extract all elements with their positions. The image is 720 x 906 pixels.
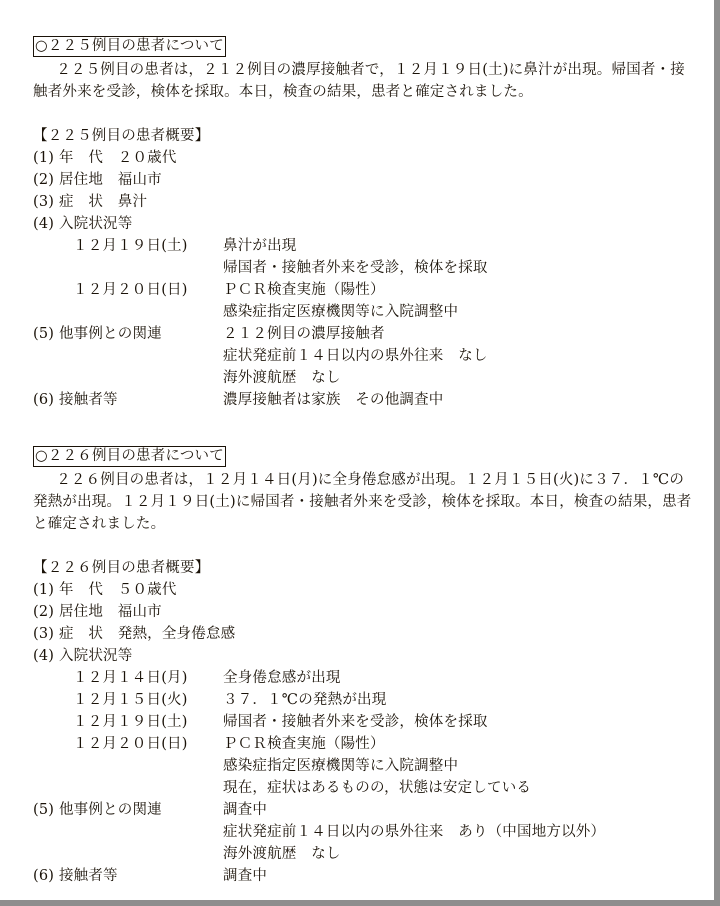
case-description: ２２６例目の患者は，１２月１４日(月)に全身倦怠感が出現。１２月１５日(火)に３… — [33, 469, 693, 535]
timeline-date: １２月２０日(日) — [33, 279, 223, 301]
contacts-label: (6) 接触者等 — [33, 865, 223, 887]
timeline-date: １２月１４日(月) — [33, 667, 223, 689]
relation-value: 海外渡航歴 なし — [223, 843, 693, 865]
residence-row: (2) 居住地 福山市 — [33, 601, 693, 623]
case-225-section: ○２２５例目の患者について ２２５例目の患者は，２１２例目の濃厚接触者で，１２月… — [33, 35, 693, 411]
contacts-row: (6) 接触者等 濃厚接触者は家族 その他調査中 — [33, 389, 693, 411]
relation-label: (5) 他事例との関連 — [33, 323, 223, 345]
relation-value: 海外渡航歴 なし — [223, 367, 693, 389]
timeline-row: １２月１５日(火) ３７．１℃の発熱が出現 — [33, 689, 693, 711]
case-heading: ○２２５例目の患者について — [33, 36, 226, 57]
timeline-date: １２月１５日(火) — [33, 689, 223, 711]
timeline-row: １２月１９日(土) 帰国者・接触者外来を受診，検体を採取 — [33, 711, 693, 733]
relation-value: 調査中 — [223, 799, 693, 821]
document-content: ○２２５例目の患者について ２２５例目の患者は，２１２例目の濃厚接触者で，１２月… — [33, 35, 693, 887]
timeline-row: １２月２０日(日) ＰＣＲ検査実施（陽性） — [33, 279, 693, 301]
hospitalization-label: (4) 入院状況等 — [33, 645, 693, 667]
summary-title: 【２２６例目の患者概要】 — [33, 557, 693, 579]
residence-row: (2) 居住地 福山市 — [33, 169, 693, 191]
timeline-event: ＰＣＲ検査実施（陽性） — [223, 279, 693, 301]
timeline-row: 現在，症状はあるものの，状態は安定している — [33, 777, 693, 799]
contacts-label: (6) 接触者等 — [33, 389, 223, 411]
symptoms-row: (3) 症 状 発熱，全身倦怠感 — [33, 623, 693, 645]
relation-value: ２１２例目の濃厚接触者 — [223, 323, 693, 345]
timeline-row: １２月１４日(月) 全身倦怠感が出現 — [33, 667, 693, 689]
timeline-date: １２月１９日(土) — [33, 235, 223, 257]
relation-label: (5) 他事例との関連 — [33, 799, 223, 821]
timeline-row: 感染症指定医療機関等に入院調整中 — [33, 301, 693, 323]
relation-row: 海外渡航歴 なし — [33, 367, 693, 389]
case-heading: ○２２６例目の患者について — [33, 446, 226, 467]
symptoms-row: (3) 症 状 鼻汁 — [33, 191, 693, 213]
timeline-date: １２月２０日(日) — [33, 733, 223, 755]
contacts-row: (6) 接触者等 調査中 — [33, 865, 693, 887]
document-page: ○２２５例目の患者について ２２５例目の患者は，２１２例目の濃厚接触者で，１２月… — [0, 0, 720, 906]
timeline-event: 全身倦怠感が出現 — [223, 667, 693, 689]
relation-row: (5) 他事例との関連 ２１２例目の濃厚接触者 — [33, 323, 693, 345]
timeline-event: ＰＣＲ検査実施（陽性） — [223, 733, 693, 755]
relation-row: 症状発症前１４日以内の県外往来 なし — [33, 345, 693, 367]
timeline-row: 帰国者・接触者外来を受診，検体を採取 — [33, 257, 693, 279]
timeline-row: １２月２０日(日) ＰＣＲ検査実施（陽性） — [33, 733, 693, 755]
timeline-event: ３７．１℃の発熱が出現 — [223, 689, 693, 711]
relation-row: 症状発症前１４日以内の県外往来 あり（中国地方以外） — [33, 821, 693, 843]
relation-value: 症状発症前１４日以内の県外往来 あり（中国地方以外） — [223, 821, 693, 843]
relation-value: 症状発症前１４日以内の県外往来 なし — [223, 345, 693, 367]
hospitalization-label: (4) 入院状況等 — [33, 213, 693, 235]
age-row: (1) 年 代 ５０歳代 — [33, 579, 693, 601]
summary-title: 【２２５例目の患者概要】 — [33, 125, 693, 147]
timeline-row: 感染症指定医療機関等に入院調整中 — [33, 755, 693, 777]
timeline-row: １２月１９日(土) 鼻汁が出現 — [33, 235, 693, 257]
timeline-date: １２月１９日(土) — [33, 711, 223, 733]
timeline-event: 感染症指定医療機関等に入院調整中 — [223, 301, 693, 323]
timeline-event: 鼻汁が出現 — [223, 235, 693, 257]
contacts-value: 濃厚接触者は家族 その他調査中 — [223, 389, 693, 411]
contacts-value: 調査中 — [223, 865, 693, 887]
age-row: (1) 年 代 ２０歳代 — [33, 147, 693, 169]
timeline-event: 帰国者・接触者外来を受診，検体を採取 — [223, 711, 693, 733]
timeline-event: 現在，症状はあるものの，状態は安定している — [223, 777, 693, 799]
case-description: ２２５例目の患者は，２１２例目の濃厚接触者で，１２月１９日(土)に鼻汁が出現。帰… — [33, 59, 693, 103]
case-226-section: ○２２６例目の患者について ２２６例目の患者は，１２月１４日(月)に全身倦怠感が… — [33, 445, 693, 887]
relation-row: 海外渡航歴 なし — [33, 843, 693, 865]
timeline-event: 感染症指定医療機関等に入院調整中 — [223, 755, 693, 777]
relation-row: (5) 他事例との関連 調査中 — [33, 799, 693, 821]
timeline-event: 帰国者・接触者外来を受診，検体を採取 — [223, 257, 693, 279]
